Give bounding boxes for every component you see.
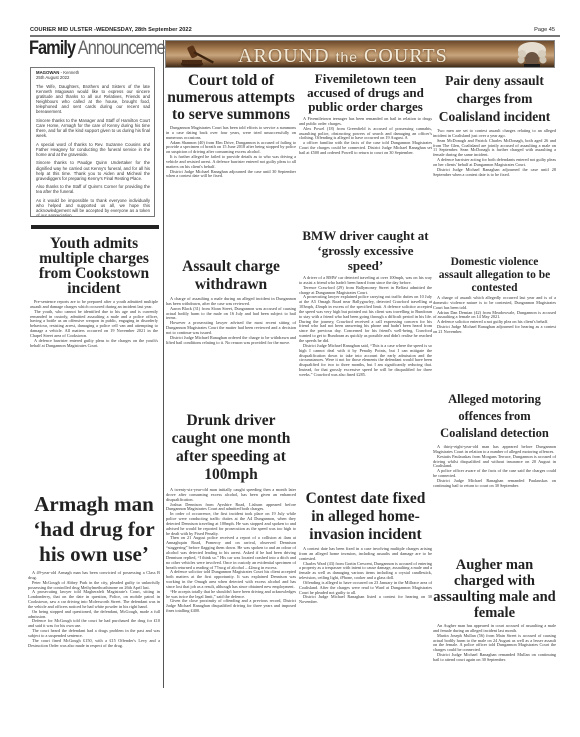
article-contest-date: Contest date fixed in alleged home-invas…: [299, 490, 432, 605]
page-number: Page 45: [534, 27, 555, 33]
headline: Drunk driver caught one month after spee…: [166, 412, 296, 484]
headline: Augher man charged with assaulting male …: [433, 557, 556, 621]
article-body: A thirty-eight-year-old man has appeared…: [433, 445, 556, 489]
article-pair-deny: Pair deny assault charges from Coalislan…: [433, 72, 556, 177]
article-drunk-driver: Drunk driver caught one month after spee…: [166, 412, 296, 614]
article-body: A twenty-six-year-old man initially caug…: [166, 488, 296, 614]
notice-date: 25th August 2022: [36, 75, 150, 80]
publication-line: COURIER MID ULSTER -WEDNESDAY, 28th Sept…: [30, 27, 192, 33]
family-title-bold: Family: [29, 38, 75, 59]
article-body: Dungannon Magistrates Court has been tol…: [166, 126, 296, 179]
family-announcements-title: Family Announcements: [29, 38, 184, 60]
article-augher-man: Augher man charged with assaulting male …: [433, 557, 556, 663]
column-rule: [163, 40, 164, 688]
article-body: An Augher man has appeared in court accu…: [433, 624, 556, 663]
article-body: Pre-sentence reports are to be prepared …: [30, 300, 158, 348]
notice-paragraph: As it would be impossible to thank every…: [36, 198, 150, 217]
headline: Assault charge withdrawn: [166, 258, 296, 294]
article-body: A driver of a BMW car detected traveling…: [299, 276, 432, 378]
notice-paragraph: The Wife, Daughters, Brothers and Sister…: [36, 84, 150, 115]
article-body: A Fivemiletown teenager has been remande…: [299, 117, 432, 156]
headline: Youth admits multiple charges from Cooks…: [30, 236, 158, 296]
bereavement-notice: MAGOWAN - Kenneth 25th August 2022 The W…: [30, 67, 155, 217]
section-divider-bar: [31, 225, 159, 229]
article-armagh-man: Armagh man ‘had drug for his own use’ A …: [28, 492, 160, 649]
headline: Alleged motoring offences from Coalislan…: [433, 391, 556, 442]
headline: Court told of numerous attempts to serve…: [166, 72, 296, 123]
article-body: A charge of assaulting a male during an …: [166, 297, 296, 345]
notice-paragraph: A special word of thanks to Rev. Suzanne…: [36, 142, 150, 157]
around-the-courts-banner: AROUND the COURTS: [165, 40, 555, 68]
headline: Pair deny assault charges from Coalislan…: [433, 72, 556, 126]
notice-paragraph: Sincere thanks to Paudge Quinn Undertake…: [36, 160, 150, 180]
article-youth-admits: Youth admits multiple charges from Cooks…: [30, 236, 158, 348]
article-serve-summons: Court told of numerous attempts to serve…: [166, 72, 296, 179]
article-body: A charge of assault which allegedly occu…: [433, 296, 556, 335]
notice-paragraph: Also thanks to the Staff of Quinn's Corn…: [36, 184, 150, 194]
article-assault-withdrawn: Assault charge withdrawn A charge of ass…: [166, 258, 296, 345]
headline: Armagh man ‘had drug for his own use’: [28, 492, 160, 567]
headline: Contest date fixed in alleged home-invas…: [299, 490, 432, 544]
headline: Domestic violence assault allegation to …: [433, 256, 556, 295]
masthead-rule: [30, 35, 560, 37]
article-bmw-driver: BMW driver caught at ‘grossly excessive …: [299, 228, 432, 378]
article-domestic-violence: Domestic violence assault allegation to …: [433, 256, 556, 335]
judge-wig-icon: [514, 41, 550, 68]
notice-paragraph: Sincere thanks to the Manager and Staff …: [36, 118, 150, 138]
headline: BMW driver caught at ‘grossly excessive …: [299, 228, 432, 273]
headline: Fivemiletown teen accused of drugs and p…: [299, 72, 432, 114]
article-body: A contest date has been fixed in a case …: [299, 547, 432, 605]
gavel-icon: [180, 44, 218, 68]
article-motoring-offences: Alleged motoring offences from Coalislan…: [433, 391, 556, 489]
article-body: A 49-year-old Armagh man has been convic…: [28, 571, 160, 649]
article-body: Two men are set to contest assault charg…: [433, 129, 556, 177]
banner-title: AROUND the COURTS: [238, 45, 448, 68]
article-fivemiletown-teen: Fivemiletown teen accused of drugs and p…: [299, 72, 432, 156]
